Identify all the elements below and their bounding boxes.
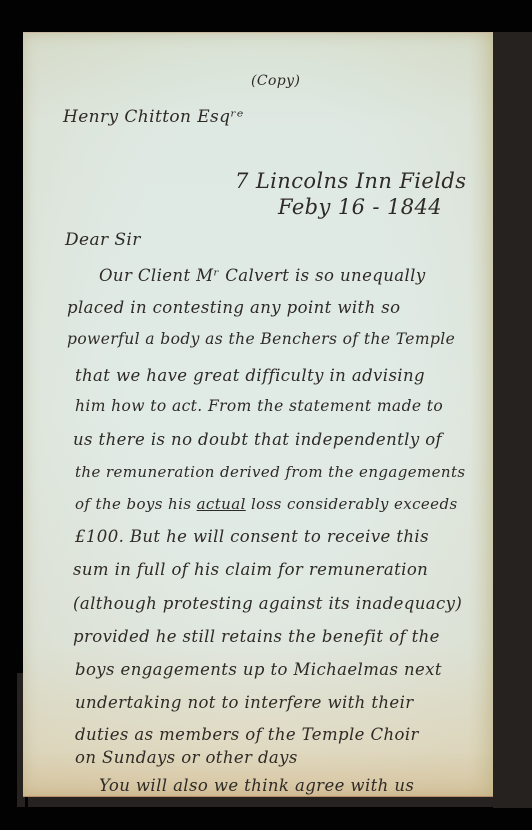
body-line: the remuneration derived from the engage… [75,463,466,481]
body-line: duties as members of the Temple Choir [75,725,419,744]
page-shadow-right [493,32,532,808]
body-line: undertaking not to interfere with their [75,693,414,712]
letter-page: (Copy) Henry Chitton Esqʳᵉ 7 Lincolns In… [23,32,493,797]
body-line: placed in contesting any point with so [67,298,400,317]
body-line: that we have great difficulty in advisin… [75,366,425,385]
body-line: £100. But he will consent to receive thi… [75,527,429,546]
sender-address: 7 Lincolns Inn Fields [235,169,466,193]
body-line: us there is no doubt that independently … [73,430,442,449]
text-fragment: of the boys his [75,495,197,513]
text-fragment: loss considerably exceeds [246,495,458,513]
recipient-name: Henry Chitton Esqʳᵉ [63,107,244,127]
body-line: provided he still retains the benefit of… [73,627,440,646]
body-line-with-underline: of the boys his actual loss considerably… [75,495,458,513]
copy-mark: (Copy) [251,73,300,89]
body-line: powerful a body as the Benchers of the T… [67,330,455,348]
underlined-word: actual [197,495,246,513]
body-line: sum in full of his claim for remuneratio… [73,560,428,579]
body-line: on Sundays or other days [75,748,298,767]
body-line: Our Client Mʳ Calvert is so unequally [99,266,426,285]
body-line: (although protesting against its inadequ… [73,594,462,613]
body-line: You will also we think agree with us [99,776,414,795]
salutation: Dear Sir [65,230,141,250]
body-line: him how to act. From the statement made … [75,397,443,415]
body-line: boys engagements up to Michaelmas next [75,660,442,679]
document-scan: (Copy) Henry Chitton Esqʳᵉ 7 Lincolns In… [0,0,532,830]
letter-date: Feby 16 - 1844 [278,195,442,219]
